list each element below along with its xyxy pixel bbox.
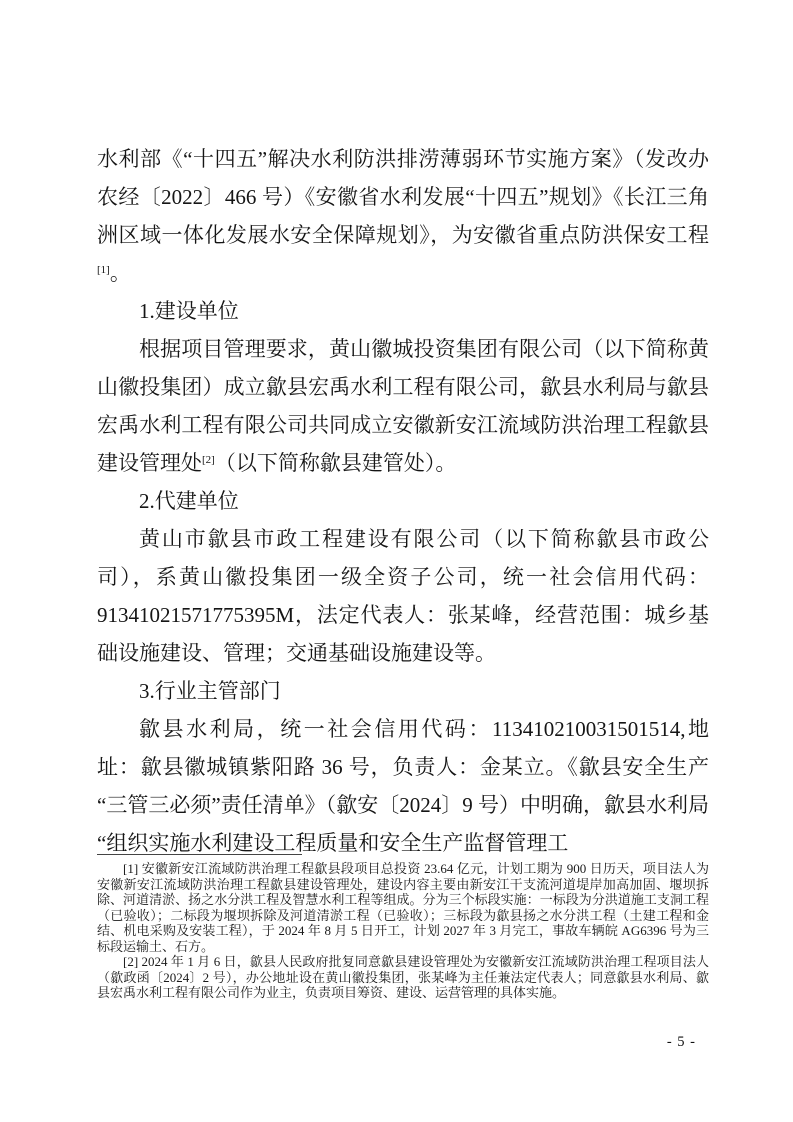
document-page: 水利部《“十四五”解决水利防洪排涝薄弱环节实施方案》（发改办农经〔2022〕46…: [0, 0, 793, 1122]
document-body: 水利部《“十四五”解决水利防洪排涝薄弱环节实施方案》（发改办农经〔2022〕46…: [97, 140, 709, 862]
section-heading-industry-department: 3.行业主管部门: [97, 672, 709, 710]
footnote-text-1: 安徽新安江流域防洪治理工程歙县段项目总投资 23.64 亿元，计划工期为 900…: [97, 861, 709, 954]
paragraph-construction-unit: 根据项目管理要求，黄山徽城投资集团有限公司（以下简称黄山徽投集团）成立歙县宏禹水…: [97, 330, 709, 482]
footnote-1: [1] 安徽新安江流域防洪治理工程歙县段项目总投资 23.64 亿元，计划工期为…: [97, 861, 709, 954]
paragraph-text: （以下简称歙县建管处）。: [215, 451, 457, 475]
footnote-text-2: 2024 年 1 月 6 日，歙县人民政府批复同意歙县建设管理处为安徽新安江流域…: [97, 954, 709, 1000]
footnote-ref-2: [2]: [202, 454, 215, 466]
footnotes-section: [1] 安徽新安江流域防洪治理工程歙县段项目总投资 23.64 亿元，计划工期为…: [97, 854, 709, 1001]
paragraph-plan-references: 水利部《“十四五”解决水利防洪排涝薄弱环节实施方案》（发改办农经〔2022〕46…: [97, 140, 709, 292]
paragraph-industry-department: 歙县水利局，统一社会信用代码：113410210031501514,地址：歙县徽…: [97, 710, 709, 862]
paragraph-agent-unit: 黄山市歙县市政工程建设有限公司（以下简称歙县市政公司），系黄山徽投集团一级全资子…: [97, 520, 709, 672]
section-heading-agent-unit: 2.代建单位: [97, 482, 709, 520]
page-number: - 5 -: [667, 1034, 696, 1051]
footnote-2: [2] 2024 年 1 月 6 日，歙县人民政府批复同意歙县建设管理处为安徽新…: [97, 954, 709, 1001]
paragraph-text: 水利部《“十四五”解决水利防洪排涝薄弱环节实施方案》（发改办农经〔2022〕46…: [97, 147, 709, 247]
section-heading-construction-unit: 1.建设单位: [97, 292, 709, 330]
footnote-separator: [97, 854, 302, 855]
footnote-marker-2: [2]: [123, 954, 138, 969]
paragraph-text: 。: [110, 261, 131, 285]
footnote-ref-1: [1]: [97, 264, 110, 276]
footnote-marker-1: [1]: [123, 861, 138, 876]
